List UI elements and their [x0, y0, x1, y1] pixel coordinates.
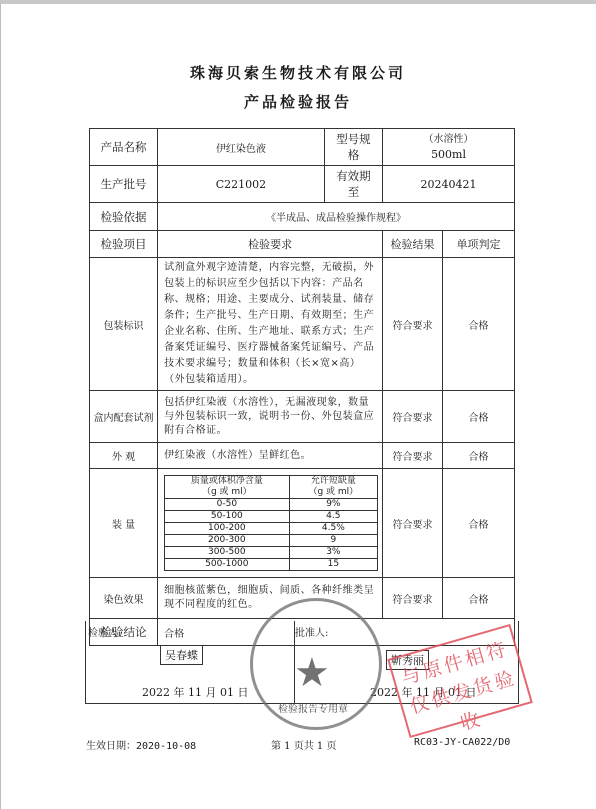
- net-content-range: 0-50: [165, 499, 290, 511]
- basis-row: 检验依据 《半成品、成品检验操作规程》: [90, 203, 515, 231]
- fill-volume-row: 200-3009: [165, 535, 378, 547]
- header-col1-line2: （g 或 ml）: [167, 487, 287, 498]
- fill-volume-table: 质量或体积净含量 （g 或 ml） 允许短缺量 （g 或 ml） 0-509%5…: [164, 475, 378, 571]
- item-result: 符合要求: [383, 391, 443, 443]
- effective-date: 生效日期：2020-10-08: [86, 737, 196, 752]
- allowed-shortage: 4.5%: [289, 523, 377, 535]
- star-icon: ★: [294, 650, 330, 696]
- item-name: 染色效果: [90, 578, 158, 619]
- spec-value: （水溶性） 500ml: [383, 129, 515, 166]
- basis-value: 《半成品、成品检验操作规程》: [158, 203, 515, 231]
- table-row: 外 观 伊红染液（水溶性）呈鲜红色。 符合要求 合格: [90, 443, 515, 469]
- spec-value-line1: （水溶性）: [389, 132, 508, 147]
- item-requirement: 包括伊红染液（水溶性），无漏液现象，数量与外包装标识一致，说明书一份、外包装盒应…: [158, 391, 383, 443]
- batch-row: 生产批号 C221002 有效期至 20240421: [90, 166, 515, 203]
- window-top-edge: [0, 0, 596, 4]
- document-code: RC03-JY-CA022/D0: [414, 737, 510, 748]
- item-name: 外 观: [90, 443, 158, 469]
- product-name-row: 产品名称 伊红染色液 型号规格 （水溶性） 500ml: [90, 129, 515, 166]
- window-left-edge: [0, 4, 1, 809]
- allowed-shortage: 9: [289, 535, 377, 547]
- table-row: 盒内配套试剂 包括伊红染液（水溶性），无漏液现象，数量与外包装标识一致，说明书一…: [90, 391, 515, 443]
- item-result: 符合要求: [383, 469, 443, 578]
- fill-volume-row: 500-100015: [165, 559, 378, 571]
- item-requirement: 伊红染液（水溶性）呈鲜红色。: [158, 443, 383, 469]
- table-row: 装 量 质量或体积净含量 （g 或 ml） 允许短缺量 （g 或 ml） 0-5…: [90, 469, 515, 578]
- allowed-shortage: 3%: [289, 547, 377, 559]
- spec-label: 型号规格: [324, 129, 382, 166]
- allowed-shortage: 9%: [289, 499, 377, 511]
- inspector-date: 2022 年 11 月 01 日: [142, 684, 248, 700]
- column-header-row: 检验项目 检验要求 检验结果 单项判定: [90, 231, 515, 258]
- col-header-item: 检验项目: [90, 231, 158, 258]
- item-judgement: 合格: [443, 578, 515, 619]
- item-requirement: 质量或体积净含量 （g 或 ml） 允许短缺量 （g 或 ml） 0-509%5…: [158, 469, 383, 578]
- item-judgement: 合格: [443, 391, 515, 443]
- header-col1-line1: 质量或体积净含量: [167, 476, 287, 487]
- inspector-label: 检验人:: [88, 624, 121, 639]
- col-header-result: 检验结果: [383, 231, 443, 258]
- report-title: 产品检验报告: [0, 91, 596, 112]
- fill-volume-header-col1: 质量或体积净含量 （g 或 ml）: [165, 476, 290, 499]
- item-judgement: 合格: [443, 443, 515, 469]
- product-name-value: 伊红染色液: [158, 129, 325, 166]
- net-content-range: 500-1000: [165, 559, 290, 571]
- batch-value: C221002: [158, 166, 325, 203]
- item-name: 盒内配套试剂: [90, 391, 158, 443]
- header-col2-line1: 允许短缺量: [292, 476, 375, 487]
- fill-volume-row: 0-509%: [165, 499, 378, 511]
- item-judgement: 合格: [443, 258, 515, 391]
- company-name: 珠海贝索生物技术有限公司: [0, 62, 596, 83]
- allowed-shortage: 4.5: [289, 511, 377, 523]
- col-header-requirement: 检验要求: [158, 231, 383, 258]
- expiry-label: 有效期至: [324, 166, 382, 203]
- inspector-name: 吴春蝶: [160, 645, 203, 665]
- basis-label: 检验依据: [90, 203, 158, 231]
- net-content-range: 100-200: [165, 523, 290, 535]
- fill-volume-row: 300-5003%: [165, 547, 378, 559]
- page-indicator: 第 1 页共 1 页: [271, 737, 336, 752]
- item-name: 包装标识: [90, 258, 158, 391]
- seal-text: 检验报告专用章: [278, 700, 348, 715]
- item-result: 符合要求: [383, 578, 443, 619]
- item-result: 符合要求: [383, 258, 443, 391]
- fill-volume-header-col2: 允许短缺量 （g 或 ml）: [289, 476, 377, 499]
- product-name-label: 产品名称: [90, 129, 158, 166]
- table-row: 包装标识 试剂盒外观字迹清楚，内容完整，无破损，外包装上的标识应至少包括以下内容…: [90, 258, 515, 391]
- expiry-value: 20240421: [383, 166, 515, 203]
- net-content-range: 300-500: [165, 547, 290, 559]
- net-content-range: 50-100: [165, 511, 290, 523]
- spec-value-line2: 500ml: [389, 147, 508, 162]
- col-header-judgement: 单项判定: [443, 231, 515, 258]
- net-content-range: 200-300: [165, 535, 290, 547]
- allowed-shortage: 15: [289, 559, 377, 571]
- fill-volume-header: 质量或体积净含量 （g 或 ml） 允许短缺量 （g 或 ml）: [165, 476, 378, 499]
- batch-label: 生产批号: [90, 166, 158, 203]
- fill-volume-row: 100-2004.5%: [165, 523, 378, 535]
- fill-volume-row: 50-1004.5: [165, 511, 378, 523]
- item-name: 装 量: [90, 469, 158, 578]
- inspection-table: 产品名称 伊红染色液 型号规格 （水溶性） 500ml 生产批号 C221002…: [89, 128, 515, 646]
- item-requirement: 试剂盒外观字迹清楚，内容完整，无破损，外包装上的标识应至少包括以下内容：产品名称…: [158, 258, 383, 391]
- item-judgement: 合格: [443, 469, 515, 578]
- item-result: 符合要求: [383, 443, 443, 469]
- header-col2-line2: （g 或 ml）: [292, 487, 375, 498]
